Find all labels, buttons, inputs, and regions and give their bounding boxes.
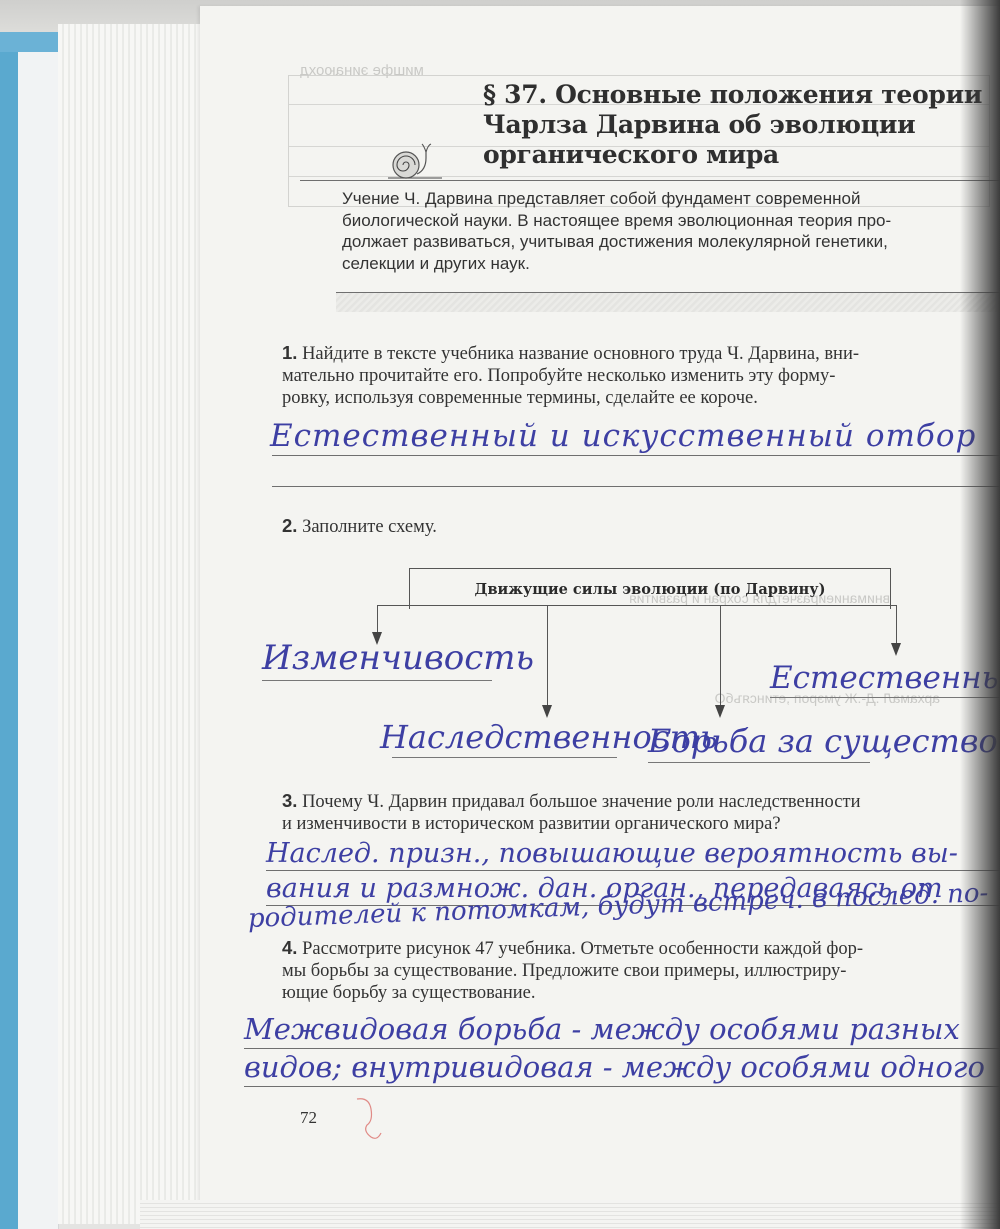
- answer-line: [244, 1048, 1000, 1049]
- section-title-line-1: § 37. Основные положения теории: [483, 80, 982, 109]
- task-2-text: Заполните схему.: [302, 517, 437, 537]
- task-4-answer-line-2: видов; внутривидовая - между особями одн…: [244, 1050, 985, 1084]
- intro-divider-band: [336, 292, 1000, 312]
- red-pen-mark: [355, 1095, 395, 1145]
- answer-line: [272, 486, 1000, 487]
- task-1-prompt: 1. Найдите в тексте учебника название ос…: [282, 342, 1000, 409]
- intro-rule: [336, 292, 1000, 293]
- book-gutter-shadow: [960, 0, 1000, 1229]
- answer-line: [266, 870, 1000, 871]
- title-rule: [300, 180, 1000, 181]
- task-number: 3.: [282, 790, 297, 811]
- scheme-answer-struggle: Борьба за существование: [648, 722, 1000, 760]
- scheme-answer-underline: [262, 680, 492, 681]
- arrow-down-icon: [715, 705, 725, 718]
- section-title-line-2: Чарлза Дарвина об эволюции: [483, 110, 915, 139]
- task-1-answer-line-1: Естественный и искусственный отбор: [270, 418, 976, 454]
- task-4-text: Рассмотрите рисунок 47 учебника. Отметьт…: [282, 939, 863, 1003]
- scheme-answer-underline: [648, 762, 870, 763]
- task-2-prompt: 2. Заполните схему.: [282, 515, 1000, 538]
- book-cover-corner: [0, 32, 58, 52]
- task-number: 1.: [282, 342, 297, 363]
- task-4-answer-line-1: Межвидовая борьба - между особями разных: [244, 1012, 960, 1046]
- scheme-header-box: Движущие силы эволюции (по Дарвину): [409, 568, 891, 609]
- arrow-down-icon: [542, 705, 552, 718]
- scanned-workbook-page: мишфе эинаюохд вниманиеиразчетдля сохран…: [0, 0, 1000, 1229]
- task-4-prompt: 4. Рассмотрите рисунок 47 учебника. Отме…: [282, 937, 1000, 1004]
- task-1-text: Найдите в тексте учебника название основ…: [282, 344, 859, 408]
- scheme-connector: [896, 605, 897, 645]
- scheme-branch-line: [377, 605, 897, 606]
- task-3-answer-line-1: Наслед. призн., повышающие вероятность в…: [266, 838, 958, 869]
- scheme-connector: [377, 605, 378, 635]
- section-title-line-3: органического мира: [483, 140, 779, 169]
- page-stack-bottom-edges: [140, 1200, 1000, 1229]
- intro-paragraph: Учение Ч. Дарвина представляет собой фун…: [342, 188, 1000, 274]
- show-through-text: мишфе эинаюохд: [300, 62, 424, 79]
- arrow-down-icon: [891, 643, 901, 656]
- task-3-prompt: 3. Почему Ч. Дарвин придавал большое зна…: [282, 790, 1000, 835]
- task-3-text: Почему Ч. Дарвин придавал большое значен…: [282, 792, 860, 834]
- scheme-answer-underline: [392, 757, 617, 758]
- section-title: § 37. Основные положения теории Чарлза Д…: [483, 80, 1000, 170]
- task-number: 4.: [282, 937, 297, 958]
- task-number: 2.: [282, 515, 297, 536]
- answer-line: [244, 1086, 1000, 1087]
- answer-line: [272, 455, 1000, 456]
- scheme-answer-variability: Изменчивость: [262, 638, 534, 678]
- scheme-connector: [547, 605, 548, 707]
- scheme-connector: [720, 605, 721, 707]
- page-number: 72: [300, 1108, 317, 1128]
- snail-icon: [386, 140, 442, 180]
- scheme-header: Движущие силы эволюции (по Дарвину): [475, 581, 826, 598]
- book-cover-edge: [0, 32, 18, 1229]
